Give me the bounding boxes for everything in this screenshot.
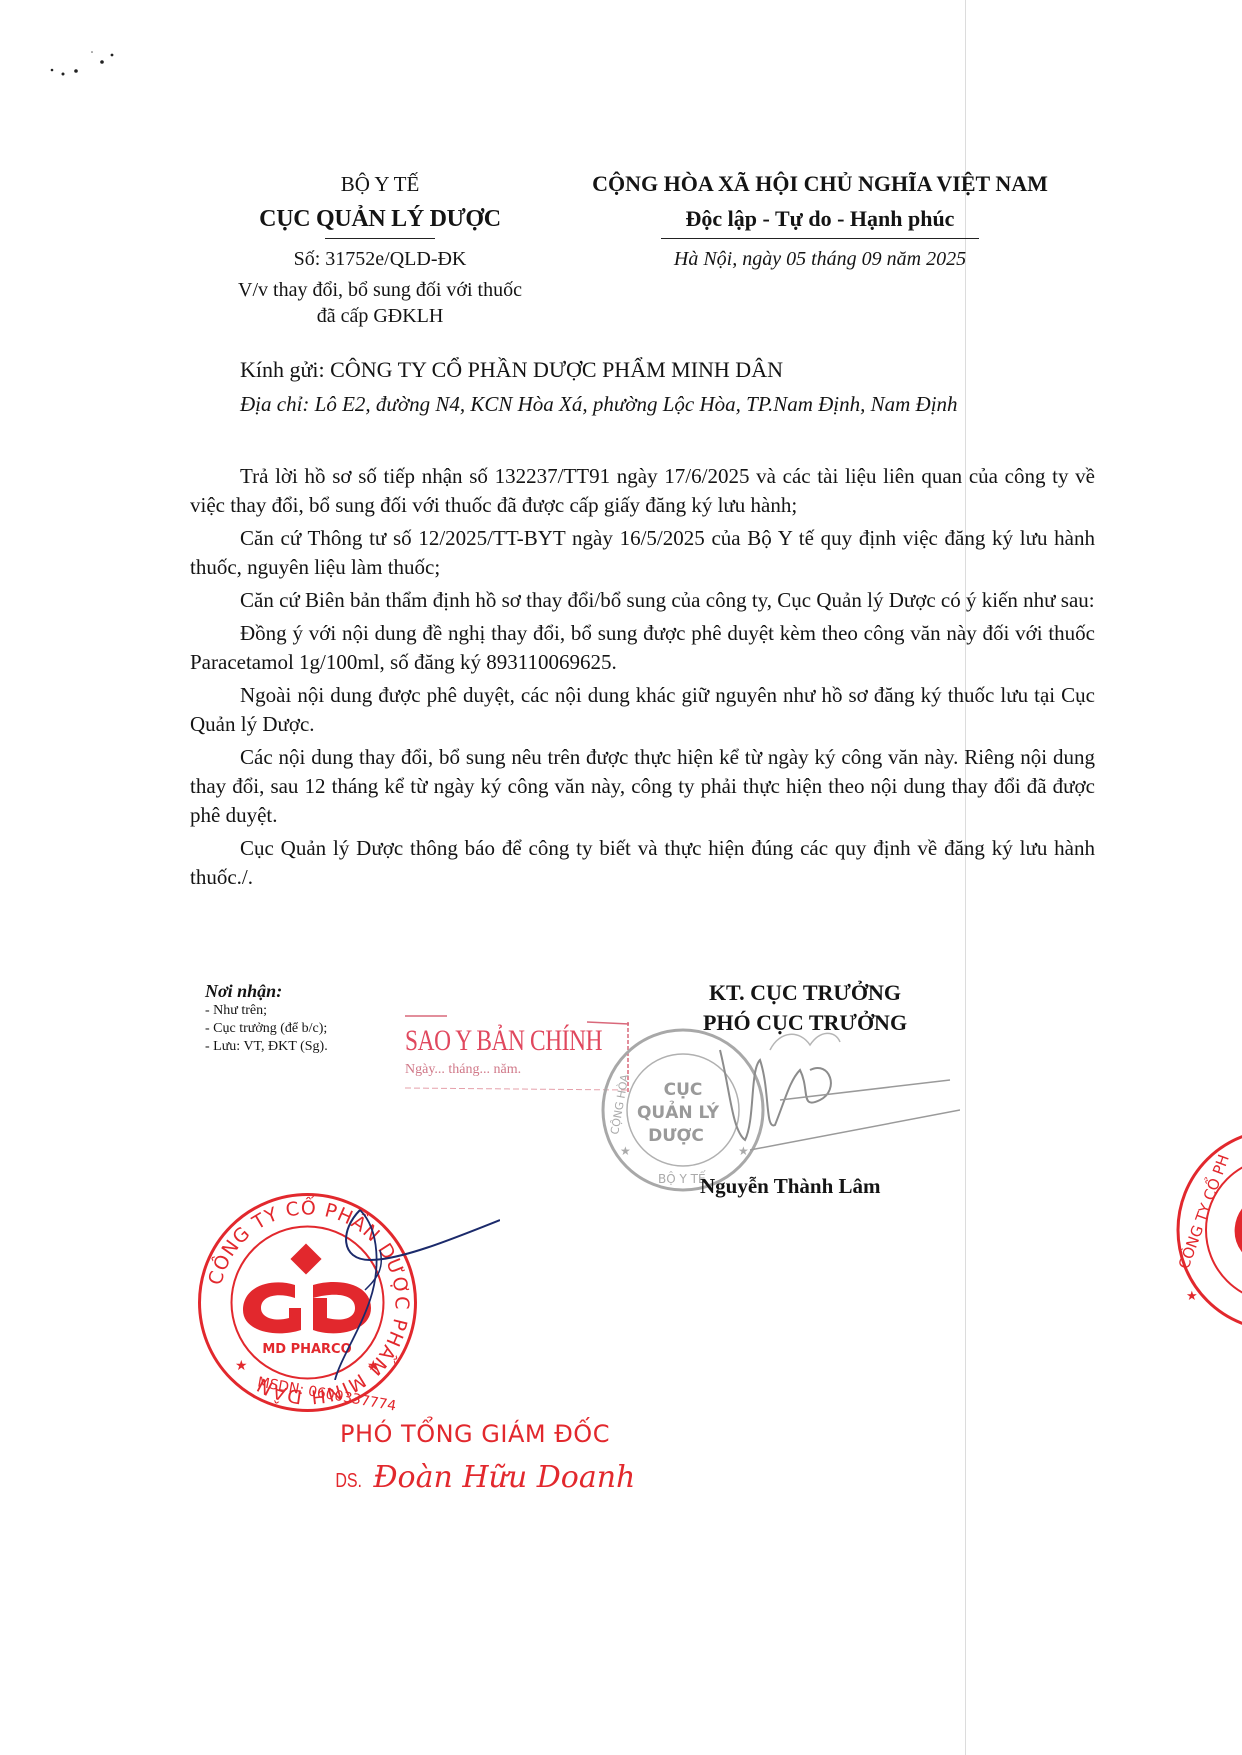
recipient-address: Địa chỉ: Lô E2, đường N4, KCN Hòa Xá, ph… xyxy=(190,390,1095,418)
signer-name: Nguyễn Thành Lâm xyxy=(700,1174,881,1199)
signature-icon xyxy=(660,1030,960,1180)
national-header: CỘNG HÒA XÃ HỘI CHỦ NGHĨA VIỆT NAM Độc l… xyxy=(560,170,1080,273)
subject-line-2: đã cấp GĐKLH xyxy=(205,303,555,329)
body-paragraph: Ngoài nội dung được phê duyệt, các nội d… xyxy=(190,681,1095,739)
ministry-name: BỘ Y TẾ xyxy=(205,170,555,198)
dateline: Hà Nội, ngày 05 tháng 09 năm 2025 xyxy=(560,245,1080,273)
body-paragraph: Căn cứ Biên bản thẩm định hồ sơ thay đổi… xyxy=(190,586,1095,615)
body-paragraph: Căn cứ Thông tư số 12/2025/TT-BYT ngày 1… xyxy=(190,524,1095,582)
recipients-list: Nơi nhận: - Như trên; - Cục trưởng (để b… xyxy=(205,980,328,1056)
body-paragraph: Trả lời hồ sơ số tiếp nhận số 132237/TT9… xyxy=(190,462,1095,520)
signatory-title-1: KT. CỤC TRƯỞNG xyxy=(640,978,970,1008)
scan-specks xyxy=(40,48,130,88)
issuer-header: BỘ Y TẾ CỤC QUẢN LÝ DƯỢC Số: 31752e/QLD-… xyxy=(205,170,555,329)
copy-stamp-date: Ngày... tháng... năm. xyxy=(405,1062,521,1078)
company-signature-icon xyxy=(280,1190,500,1380)
recipients-item: - Lưu: VT, ĐKT (Sg). xyxy=(205,1038,328,1056)
svg-text:★: ★ xyxy=(1186,1288,1198,1303)
recipients-title: Nơi nhận: xyxy=(205,980,328,1002)
svg-text:★: ★ xyxy=(235,1359,248,1374)
copy-stamp-title: SAO Y BẢN CHÍNH xyxy=(405,1024,602,1058)
certified-copy-stamp: SAO Y BẢN CHÍNH Ngày... tháng... năm. xyxy=(397,1010,630,1092)
subject-line-1: V/v thay đổi, bổ sung đối với thuốc xyxy=(205,277,555,303)
company-signer-name: Đoàn Hữu Doanh xyxy=(373,1460,635,1495)
body-paragraph: Các nội dung thay đổi, bổ sung nêu trên … xyxy=(190,743,1095,830)
document-number: Số: 31752e/QLD-ĐK xyxy=(205,245,555,273)
header-rule xyxy=(325,238,435,239)
agency-name: CỤC QUẢN LÝ DƯỢC xyxy=(205,202,555,236)
company-signer: DS. Đoàn Hữu Doanh xyxy=(332,1460,635,1495)
svg-text:CỘNG HÒA: CỘNG HÒA xyxy=(608,1073,631,1136)
recipients-item: - Cục trưởng (để b/c); xyxy=(205,1020,328,1038)
company-signatory-title: PHÓ TỔNG GIÁM ĐỐC xyxy=(340,1420,610,1448)
company-seal-partial-icon: CÔNG TY CỔ PH ★ xyxy=(1168,1120,1242,1340)
svg-text:★: ★ xyxy=(620,1144,631,1158)
body-paragraph: Đồng ý với nội dung đề nghị thay đổi, bổ… xyxy=(190,619,1095,677)
subject-line: V/v thay đổi, bổ sung đối với thuốc đã c… xyxy=(205,277,555,329)
motto-rule xyxy=(661,238,979,239)
salutation: Kính gửi: CÔNG TY CỔ PHẦN DƯỢC PHẨM MINH… xyxy=(240,355,783,385)
company-signer-prefix: DS. xyxy=(335,1470,362,1493)
letter-body: Trả lời hồ sơ số tiếp nhận số 132237/TT9… xyxy=(190,462,1095,896)
body-paragraph: Cục Quản lý Dược thông báo để công ty bi… xyxy=(190,834,1095,892)
republic-title: CỘNG HÒA XÃ HỘI CHỦ NGHĨA VIỆT NAM xyxy=(560,170,1080,198)
national-motto: Độc lập - Tự do - Hạnh phúc xyxy=(560,202,1080,236)
recipients-item: - Như trên; xyxy=(205,1002,328,1020)
